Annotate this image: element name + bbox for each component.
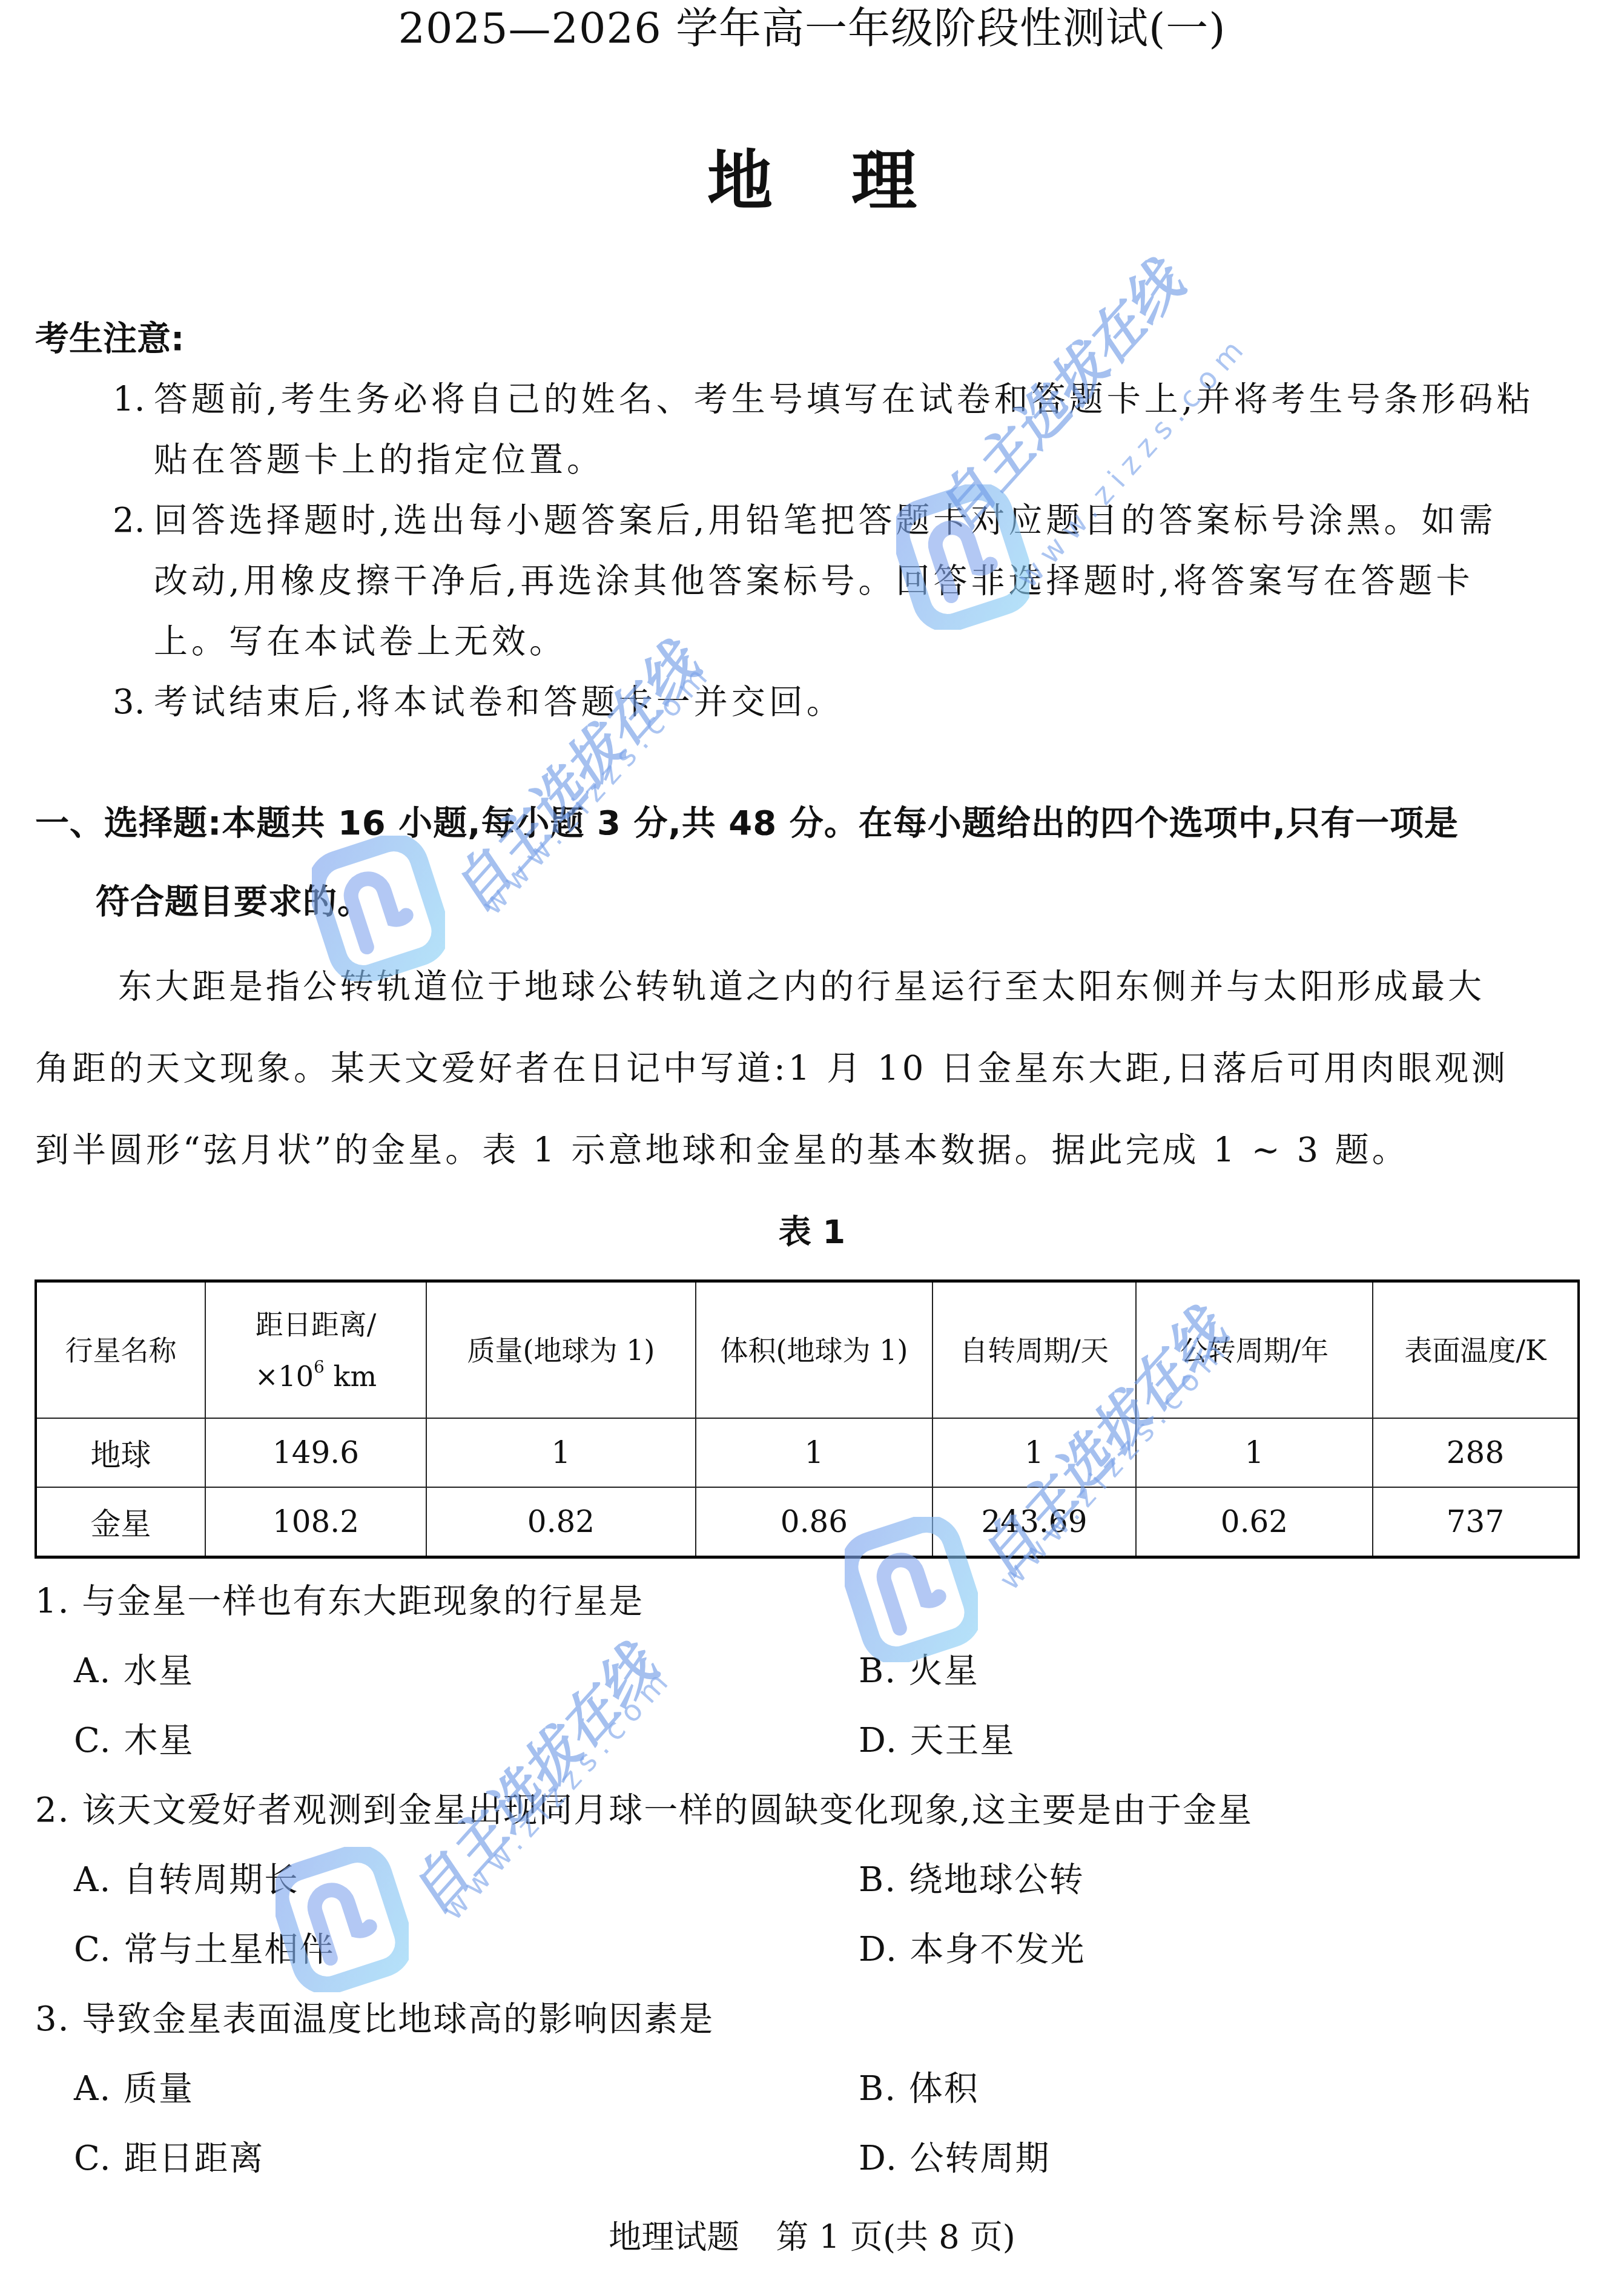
planet-data-table: 行星名称 距日距离/ ×106 km 质量(地球为 1) 体积(地球为 1) 自…	[35, 1279, 1580, 1559]
table-cell-mass: 1	[426, 1418, 696, 1487]
intro-line-1: 东大距是指公转轨道位于地球公转轨道之内的行星运行至太阳东侧并与太阳形成最大	[118, 963, 1485, 1011]
notice-text: 回答选择题时,选出每小题答案后,用铅笔把答题卡对应题目的答案标号涂黑。如需	[154, 501, 1497, 540]
header-distance: 距日距离/ ×106 km	[205, 1281, 426, 1419]
question-2-option-c[interactable]: C. 常与土星相伴	[74, 1926, 334, 1974]
header-rotation-period: 自转周期/天	[932, 1281, 1136, 1419]
subject-char-1: 地	[707, 144, 773, 219]
watermark-url: www.zizzs.com	[1011, 328, 1256, 594]
question-3-option-a[interactable]: A. 质量	[74, 2065, 194, 2113]
table-cell-mass: 0.82	[426, 1487, 696, 1557]
watermark-brand-text: 自主选拔在线	[388, 1627, 671, 1929]
table-cell-volume: 0.86	[696, 1487, 932, 1557]
question-1-stem: 1. 与金星一样也有东大距现象的行星是	[35, 1577, 644, 1626]
footer-subject: 地理试题	[609, 2218, 739, 2256]
question-2-stem: 2. 该天文爱好者观测到金星出现同月球一样的圆缺变化现象,这主要是由于金星	[35, 1786, 1253, 1835]
table-header-row: 行星名称 距日距离/ ×106 km 质量(地球为 1) 体积(地球为 1) 自…	[36, 1281, 1579, 1419]
header-distance-line-2: ×106 km	[206, 1350, 426, 1402]
table-caption: 表 1	[0, 1208, 1624, 1256]
notice-item-3-line-1: 3.考试结束后,将本试卷和答题卡一并交回。	[113, 678, 844, 727]
header-distance-line-1: 距日距离/	[206, 1298, 426, 1350]
table-cell-distance: 108.2	[205, 1487, 426, 1557]
footer-page-number: 第 1 页(共 8 页)	[776, 2218, 1015, 2256]
subject-title: 地理	[0, 142, 1624, 221]
header-distance-unit: km	[325, 1360, 377, 1393]
question-1-option-b[interactable]: B. 火星	[859, 1647, 979, 1696]
question-3-stem: 3. 导致金星表面温度比地球高的影响因素是	[35, 1995, 714, 2044]
header-volume: 体积(地球为 1)	[696, 1281, 932, 1419]
table-row: 金星 108.2 0.82 0.86 243.69 0.62 737	[36, 1487, 1579, 1557]
table-cell-rotation: 243.69	[932, 1487, 1136, 1557]
notice-number: 1.	[113, 375, 154, 424]
notice-label: 考生注意:	[35, 315, 184, 363]
table-cell-distance: 149.6	[205, 1418, 426, 1487]
section-heading-line-2: 符合题目要求的。	[96, 878, 372, 926]
watermark-brand-text: 自主选拔在线	[431, 625, 713, 927]
question-2-option-a[interactable]: A. 自转周期长	[74, 1856, 299, 1904]
section-heading-line-1: 一、选择题:本题共 16 小题,每小题 3 分,共 48 分。在每小题给出的四个…	[35, 799, 1459, 848]
question-3-option-d[interactable]: D. 公转周期	[859, 2135, 1051, 2183]
table-cell-temperature: 737	[1373, 1487, 1579, 1557]
notice-text: 考试结束后,将本试卷和答题卡一并交回。	[154, 682, 844, 722]
page-footer: 地理试题第 1 页(共 8 页)	[0, 2213, 1624, 2262]
notice-item-1-line-1: 1.答题前,考生务必将自己的姓名、考生号填写在试卷和答题卡上,并将考生号条形码粘	[113, 375, 1534, 424]
header-mass: 质量(地球为 1)	[426, 1281, 696, 1419]
exam-title: 2025—2026 学年高一年级阶段性测试(一)	[0, 1, 1624, 56]
notice-item-1-line-2: 贴在答题卡上的指定位置。	[154, 436, 604, 484]
header-distance-exponent: 6	[314, 1357, 325, 1377]
question-3-option-c[interactable]: C. 距日距离	[74, 2135, 264, 2183]
table-cell-planet: 金星	[36, 1487, 205, 1557]
intro-line-3: 到半圆形“弦月状”的金星。表 1 示意地球和金星的基本数据。据此完成 1 ~ 3…	[35, 1126, 1409, 1175]
question-1-option-a[interactable]: A. 水星	[74, 1647, 194, 1696]
intro-line-2: 角距的天文现象。某天文爱好者在日记中写道:1 月 10 日金星东大距,日落后可用…	[35, 1045, 1508, 1093]
table-cell-revolution: 0.62	[1136, 1487, 1373, 1557]
notice-text: 答题前,考生务必将自己的姓名、考生号填写在试卷和答题卡上,并将考生号条形码粘	[154, 380, 1534, 419]
table-cell-planet: 地球	[36, 1418, 205, 1487]
question-1-option-c[interactable]: C. 木星	[74, 1717, 194, 1765]
question-2-option-d[interactable]: D. 本身不发光	[859, 1926, 1086, 1974]
notice-number: 2.	[113, 497, 154, 545]
notice-item-2-line-1: 2.回答选择题时,选出每小题答案后,用铅笔把答题卡对应题目的答案标号涂黑。如需	[113, 497, 1497, 545]
table-row: 地球 149.6 1 1 1 1 288	[36, 1418, 1579, 1487]
subject-char-2: 理	[851, 144, 917, 219]
notice-number: 3.	[113, 678, 154, 727]
header-revolution-period: 公转周期/年	[1136, 1281, 1373, 1419]
table-cell-volume: 1	[696, 1418, 932, 1487]
header-surface-temperature: 表面温度/K	[1373, 1281, 1579, 1419]
table-cell-revolution: 1	[1136, 1418, 1373, 1487]
notice-item-2-line-3: 上。写在本试卷上无效。	[154, 618, 567, 666]
table-cell-rotation: 1	[932, 1418, 1136, 1487]
header-planet-name: 行星名称	[36, 1281, 205, 1419]
question-2-option-b[interactable]: B. 绕地球公转	[859, 1856, 1084, 1904]
question-3-option-b[interactable]: B. 体积	[859, 2065, 979, 2113]
question-1-option-d[interactable]: D. 天王星	[859, 1717, 1015, 1765]
notice-item-2-line-2: 改动,用橡皮擦干净后,再选涂其他答案标号。回答非选择题时,将答案写在答题卡	[154, 557, 1473, 606]
header-distance-unit-base: ×10	[255, 1360, 314, 1393]
table-cell-temperature: 288	[1373, 1418, 1579, 1487]
